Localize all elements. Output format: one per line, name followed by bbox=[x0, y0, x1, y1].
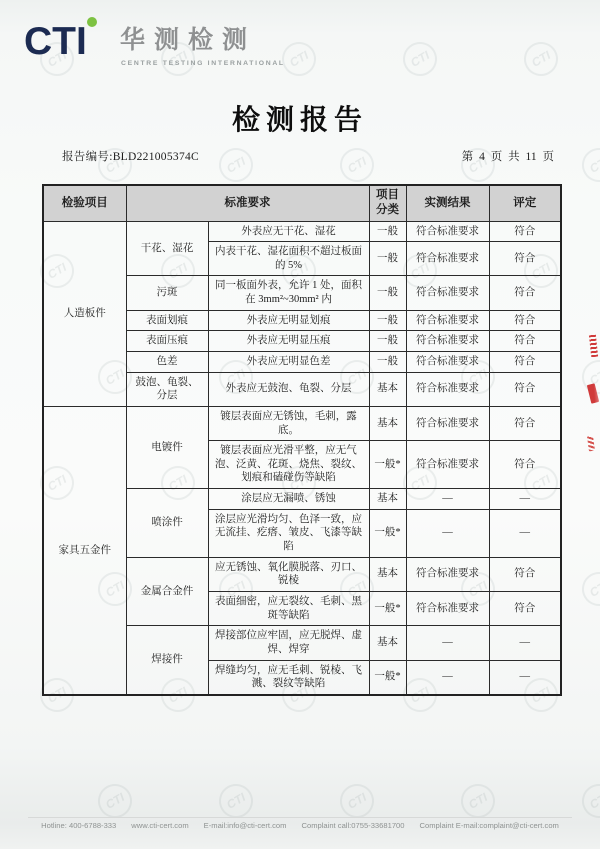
result-cell: 符合标准要求 bbox=[406, 406, 489, 440]
classification-cell: 一般 bbox=[369, 242, 406, 276]
classification-cell: 一般* bbox=[369, 660, 406, 695]
result-cell: — bbox=[406, 626, 489, 660]
page-indicator: 第 4 页 共 11 页 bbox=[462, 148, 554, 164]
result-cell: — bbox=[406, 509, 489, 557]
header-standard-requirement: 标准要求 bbox=[126, 185, 369, 221]
classification-cell: 基本 bbox=[369, 372, 406, 406]
result-cell: 符合标准要求 bbox=[406, 351, 489, 372]
header-item-classification: 项目分类 bbox=[369, 185, 406, 221]
verdict-cell: — bbox=[489, 660, 561, 695]
sub-item-cell: 焊接件 bbox=[126, 626, 208, 695]
red-stamp-edge-mark bbox=[587, 383, 599, 403]
result-cell: — bbox=[406, 489, 489, 510]
footer-contact: Hotline: 400-6788-333 www.cti-cert.com E… bbox=[0, 821, 600, 830]
sub-item-cell: 干花、湿花 bbox=[126, 221, 208, 276]
requirement-cell: 焊缝均匀，应无毛刺、锐棱、飞溅、裂纹等缺陷 bbox=[208, 660, 369, 695]
classification-cell: 一般 bbox=[369, 331, 406, 352]
result-cell: 符合标准要求 bbox=[406, 557, 489, 591]
requirement-cell: 应无锈蚀、氧化膜脱落、刃口、锐棱 bbox=[208, 557, 369, 591]
sub-item-cell: 表面划痕 bbox=[126, 310, 208, 331]
classification-cell: 基本 bbox=[369, 406, 406, 440]
requirement-cell: 外表应无鼓泡、龟裂、分层 bbox=[208, 372, 369, 406]
report-number: 报告编号:BLD221005374C bbox=[62, 148, 199, 164]
header-measured-result: 实测结果 bbox=[406, 185, 489, 221]
requirement-cell: 涂层应无漏喷、锈蚀 bbox=[208, 489, 369, 510]
table-row: 人造板件干花、湿花外表应无干花、湿花一般符合标准要求符合 bbox=[43, 221, 561, 242]
red-stamp-edge-mark bbox=[587, 436, 595, 452]
report-table-body: 人造板件干花、湿花外表应无干花、湿花一般符合标准要求符合内表干花、湿花面积不超过… bbox=[43, 221, 561, 695]
requirement-cell: 外表应无明显色差 bbox=[208, 351, 369, 372]
verdict-cell: 符合 bbox=[489, 242, 561, 276]
requirement-cell: 涂层应光滑均匀、色泽一致，应无流挂、疙瘩、皱皮、飞漆等缺陷 bbox=[208, 509, 369, 557]
classification-cell: 一般 bbox=[369, 310, 406, 331]
logo-green-dot-icon bbox=[87, 17, 97, 27]
footer-email: E-mail:info@cti-cert.com bbox=[204, 821, 287, 830]
footer-complaint-email: Complaint E-mail:complaint@cti-cert.com bbox=[420, 821, 559, 830]
result-cell: 符合标准要求 bbox=[406, 331, 489, 352]
requirement-cell: 内表干花、湿花面积不超过板面的 5% bbox=[208, 242, 369, 276]
verdict-cell: 符合 bbox=[489, 276, 561, 310]
verdict-cell: — bbox=[489, 489, 561, 510]
footer-complaint-call: Complaint call:0755-33681700 bbox=[301, 821, 404, 830]
sub-item-cell: 污斑 bbox=[126, 276, 208, 310]
table-header-row: 检验项目 标准要求 项目分类 实测结果 评定 bbox=[43, 185, 561, 221]
red-stamp-edge-mark bbox=[589, 334, 598, 358]
sub-item-cell: 金属合金件 bbox=[126, 557, 208, 626]
classification-cell: 基本 bbox=[369, 557, 406, 591]
sub-item-cell: 表面压痕 bbox=[126, 331, 208, 352]
classification-cell: 基本 bbox=[369, 489, 406, 510]
classification-cell: 一般* bbox=[369, 441, 406, 489]
requirement-cell: 外表应无干花、湿花 bbox=[208, 221, 369, 242]
classification-cell: 一般 bbox=[369, 351, 406, 372]
footer-divider bbox=[28, 817, 572, 818]
report-title: 检测报告 bbox=[0, 98, 600, 138]
result-cell: 符合标准要求 bbox=[406, 310, 489, 331]
inspection-item-group-cell: 家具五金件 bbox=[43, 406, 126, 694]
result-cell: 符合标准要求 bbox=[406, 221, 489, 242]
verdict-cell: 符合 bbox=[489, 331, 561, 352]
result-cell: 符合标准要求 bbox=[406, 372, 489, 406]
sub-item-cell: 鼓泡、龟裂、分层 bbox=[126, 372, 208, 406]
classification-cell: 一般 bbox=[369, 276, 406, 310]
requirement-cell: 焊接部位应牢固，应无脱焊、虚焊、焊穿 bbox=[208, 626, 369, 660]
report-meta: 报告编号:BLD221005374C 第 4 页 共 11 页 bbox=[62, 148, 554, 164]
result-cell: — bbox=[406, 660, 489, 695]
result-cell: 符合标准要求 bbox=[406, 276, 489, 310]
sub-item-cell: 喷涂件 bbox=[126, 489, 208, 558]
verdict-cell: 符合 bbox=[489, 557, 561, 591]
verdict-cell: 符合 bbox=[489, 441, 561, 489]
verdict-cell: 符合 bbox=[489, 372, 561, 406]
requirement-cell: 镀层表面应无锈蚀，毛刺，露底。 bbox=[208, 406, 369, 440]
result-cell: 符合标准要求 bbox=[406, 591, 489, 625]
logo-cti-text: CTI bbox=[24, 22, 87, 61]
requirement-cell: 外表应无明显划痕 bbox=[208, 310, 369, 331]
header-verdict: 评定 bbox=[489, 185, 561, 221]
footer-hotline: Hotline: 400-6788-333 bbox=[41, 821, 116, 830]
sub-item-cell: 电镀件 bbox=[126, 406, 208, 488]
header-inspection-item: 检验项目 bbox=[43, 185, 126, 221]
classification-cell: 基本 bbox=[369, 626, 406, 660]
footer-website: www.cti-cert.com bbox=[131, 821, 188, 830]
logo-english-name: CENTRE TESTING INTERNATIONAL bbox=[121, 60, 285, 67]
verdict-cell: — bbox=[489, 626, 561, 660]
verdict-cell: 符合 bbox=[489, 591, 561, 625]
classification-cell: 一般 bbox=[369, 221, 406, 242]
verdict-cell: 符合 bbox=[489, 310, 561, 331]
verdict-cell: — bbox=[489, 509, 561, 557]
result-cell: 符合标准要求 bbox=[406, 242, 489, 276]
classification-cell: 一般* bbox=[369, 509, 406, 557]
inspection-item-group-cell: 人造板件 bbox=[43, 221, 126, 406]
inspection-table: 检验项目 标准要求 项目分类 实测结果 评定 人造板件干花、湿花外表应无干花、湿… bbox=[42, 184, 562, 696]
result-cell: 符合标准要求 bbox=[406, 441, 489, 489]
sub-item-cell: 色差 bbox=[126, 351, 208, 372]
requirement-cell: 镀层表面应光滑平整，应无气泡、泛黄、花斑、烧焦、裂纹、划痕和磕碰伤等缺陷 bbox=[208, 441, 369, 489]
classification-cell: 一般* bbox=[369, 591, 406, 625]
logo-chinese-name: 华测检测 bbox=[120, 28, 256, 53]
requirement-cell: 外表应无明显压痕 bbox=[208, 331, 369, 352]
requirement-cell: 同一板面外表，允许 1 处，面积在 3mm²~30mm² 内 bbox=[208, 276, 369, 310]
verdict-cell: 符合 bbox=[489, 221, 561, 242]
requirement-cell: 表面细密，应无裂纹、毛刺、黑斑等缺陷 bbox=[208, 591, 369, 625]
table-row: 家具五金件电镀件镀层表面应无锈蚀，毛刺，露底。基本符合标准要求符合 bbox=[43, 406, 561, 440]
verdict-cell: 符合 bbox=[489, 406, 561, 440]
verdict-cell: 符合 bbox=[489, 351, 561, 372]
cti-logo: CTI 华测检测 CENTRE TESTING INTERNATIONAL bbox=[24, 20, 284, 74]
